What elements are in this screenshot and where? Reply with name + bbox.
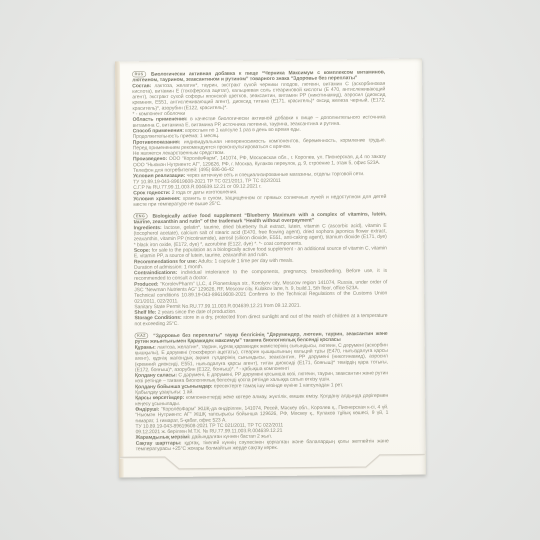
product-photo-scene: RUSБиологически активная добавка к пище … [0,0,540,540]
paragraph-text: лактоза, желатин*, таурин, экстракт сухо… [132,81,385,112]
label-paragraph: Құрамы: лактоза, желатин*, таурин, құрға… [135,342,388,373]
label-section-rus: RUSБиологически активная добавка к пище … [132,69,386,207]
paragraph-text: ересектерге тамақ ішу кезінде күніне 1 к… [214,382,343,389]
paragraph-text: lactose, gelatin*, taurine, dried bluebe… [134,223,387,248]
paragraph-text: Adults: 1 capsule 1 time per day with me… [198,258,293,264]
paragraph-text: ООО “КоролёвФарм”, 141074, РФ, Московска… [133,154,386,168]
supplement-box-back-panel: RUSБиологически активная добавка к пище … [115,59,426,478]
label-section-eng: ENGBiologically active food supplement “… [133,211,387,327]
label-paragraph: Сақтау шарттары: құрғақ, тікелей күннің … [136,438,389,452]
label-paragraph: Ingredients: lactose, gelatin*, taurine,… [134,223,387,248]
paragraph-text: лактоза, желатин*, таурин, құрғақ қаражи… [135,342,388,373]
label-paragraph: Произведено: ООО “КоролёвФарм”, 141074, … [133,154,386,168]
box-side-edge [115,61,124,477]
label-text: RUSБиологически активная добавка к пище … [132,69,389,458]
label-section-kaz: KAZ“Здоровье без переплаты” тауар белгіс… [135,330,389,452]
label-paragraph: Условия хранения: хранить в сухом, защищ… [133,194,386,208]
label-paragraph: Storage Conditions: store in a dry, prot… [134,313,387,327]
label-paragraph: Состав: лактоза, желатин*, таурин, экстр… [132,81,385,112]
